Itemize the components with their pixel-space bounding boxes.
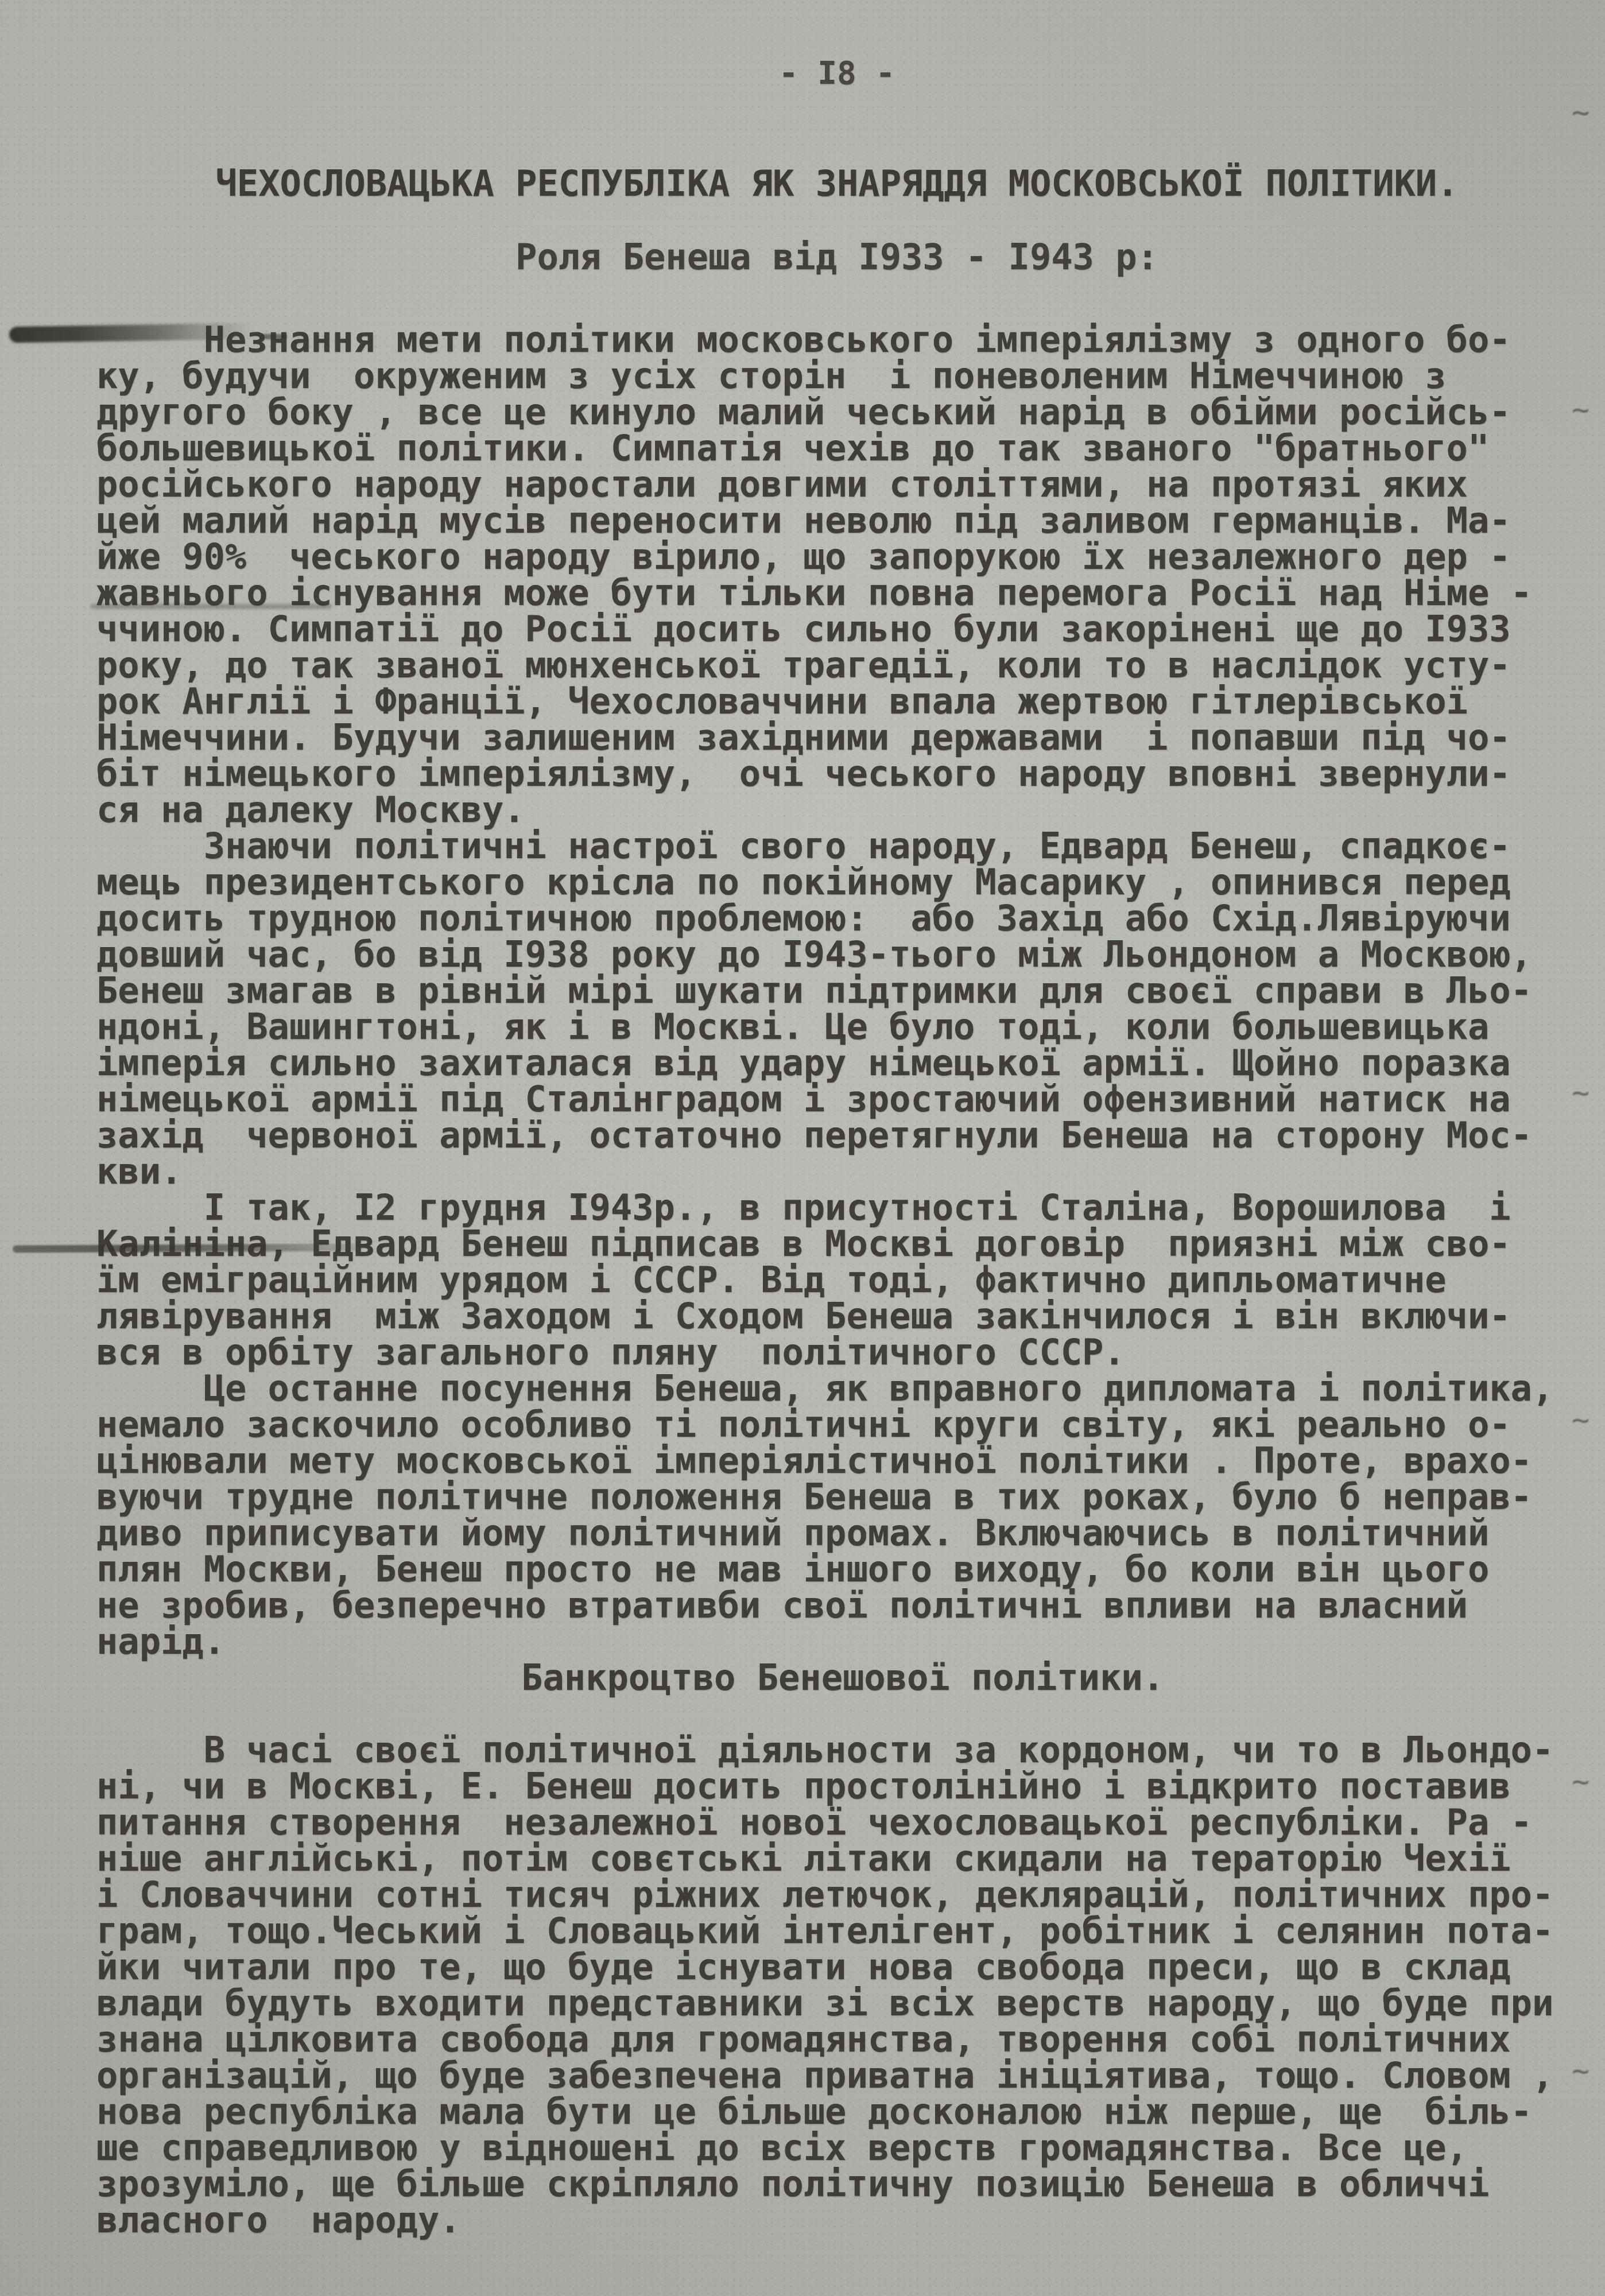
page-number: - I8 -	[96, 57, 1577, 90]
paper-specks	[0, 0, 2, 2]
margin-mark: ~	[1572, 2056, 1590, 2086]
margin-mark: ~	[1572, 98, 1590, 127]
margin-mark: ~	[1572, 1767, 1590, 1797]
paragraph-4: Це останне посунення Бенеша, як вправног…	[96, 1370, 1589, 1659]
paragraph-3: І так, I2 грудня I943р., в присутності С…	[96, 1189, 1589, 1370]
document-title: ЧЕХОСЛОВАЦЬКА РЕСПУБЛІКА ЯК ЗНАРЯДДЯ МОС…	[96, 165, 1577, 202]
document-subtitle: Роля Бенеша від I933 - I943 р:	[96, 239, 1577, 276]
document-body: Незнання мети політики московського імпе…	[96, 321, 1589, 2238]
margin-mark: ~	[1572, 395, 1590, 425]
paragraph-5: В часі своєї політичної діяльности за ко…	[96, 1732, 1589, 2238]
margin-mark: ~	[1572, 1078, 1590, 1108]
paragraph-2: Знаючи політичні настрої свого народу, Е…	[96, 828, 1589, 1189]
section-heading: Банкроцтво Бенешової політики.	[96, 1659, 1589, 1696]
margin-mark: ~	[1572, 1405, 1590, 1435]
scanned-page: - I8 - ЧЕХОСЛОВАЦЬКА РЕСПУБЛІКА ЯК ЗНАРЯ…	[0, 0, 1605, 2296]
paragraph-1: Незнання мети політики московського імпе…	[96, 321, 1589, 828]
